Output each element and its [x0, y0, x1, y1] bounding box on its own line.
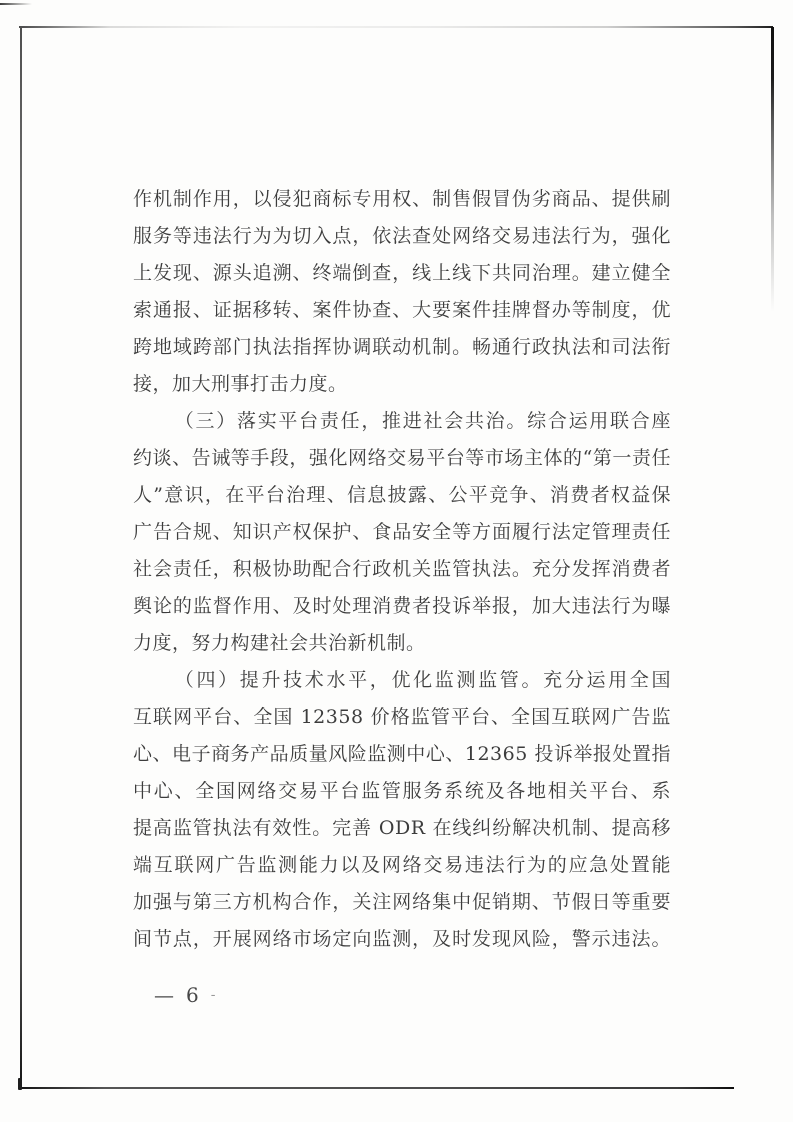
- text-line: 心、电子商务产品质量风险监测中心、12365 投诉举报处置指挥: [133, 736, 671, 773]
- text-line: 互联网平台、全国 12358 价格监管平台、全国互联网广告监测中: [133, 699, 671, 736]
- text-line: 上发现、源头追溯、终端倒查，线上线下共同治理。建立健全线: [133, 255, 671, 292]
- text-line: 加强与第三方机构合作，关注网络集中促销期、节假日等重要时: [133, 884, 671, 921]
- page-border-right: [771, 27, 774, 312]
- text-line: 间节点，开展网络市场定向监测，及时发现风险，警示违法。完: [133, 921, 671, 958]
- page-number-right-dash: -: [211, 987, 218, 1003]
- text-line: 索通报、证据移转、案件协查、大要案件挂牌督办等制度，优化: [133, 292, 671, 329]
- document-body: 作机制作用，以侵犯商标专用权、制售假冒伪劣商品、提供刷单 服务等违法行为为切入点…: [133, 181, 671, 958]
- text-line: （四）提升技术水平，优化监测监管。充分运用全国 12315: [133, 662, 671, 699]
- page-number: —6-: [154, 980, 217, 1010]
- text-line: 服务等违法行为为切入点，依法查处网络交易违法行为，强化网: [133, 218, 671, 255]
- scan-corner-blob: [18, 1078, 22, 1090]
- scan-edge-artifact: [0, 3, 32, 5]
- text-line: 力度，努力构建社会共治新机制。: [133, 625, 671, 662]
- text-line: 提高监管执法有效性。完善 ODR 在线纠纷解决机制、提高移动: [133, 810, 671, 847]
- page-border-left: [20, 26, 22, 1089]
- text-line: 接，加大刑事打击力度。: [133, 366, 671, 403]
- paragraph-1: 作机制作用，以侵犯商标专用权、制售假冒伪劣商品、提供刷单 服务等违法行为为切入点…: [133, 181, 671, 403]
- page-border-bottom: [19, 1087, 734, 1089]
- page-number-left-dash: —: [154, 983, 176, 1007]
- text-line: 端互联网广告监测能力以及网络交易违法行为的应急处置能力。: [133, 847, 671, 884]
- page-border-top: [19, 26, 773, 28]
- text-line: 中心、全国网络交易平台监管服务系统及各地相关平台、系统，: [133, 773, 671, 810]
- text-line: 跨地域跨部门执法指挥协调联动机制。畅通行政执法和司法衔: [133, 329, 671, 366]
- text-line: 约谈、告诫等手段，强化网络交易平台等市场主体的“第一责任: [133, 440, 671, 477]
- text-line: 舆论的监督作用、及时处理消费者投诉举报，加大违法行为曝光: [133, 588, 671, 625]
- text-line: （三）落实平台责任，推进社会共治。综合运用联合座谈、: [133, 403, 671, 440]
- text-line: 作机制作用，以侵犯商标专用权、制售假冒伪劣商品、提供刷单: [133, 181, 671, 218]
- scanned-page: 作机制作用，以侵犯商标专用权、制售假冒伪劣商品、提供刷单 服务等违法行为为切入点…: [0, 0, 793, 1122]
- text-line: 人”意识，在平台治理、信息披露、公平竞争、消费者权益保护、: [133, 477, 671, 514]
- paragraph-2: （三）落实平台责任，推进社会共治。综合运用联合座谈、 约谈、告诫等手段，强化网络…: [133, 403, 671, 662]
- text-line: 社会责任，积极协助配合行政机关监管执法。充分发挥消费者和: [133, 551, 671, 588]
- text-line: 广告合规、知识产权保护、食品安全等方面履行法定管理责任和: [133, 514, 671, 551]
- paragraph-3: （四）提升技术水平，优化监测监管。充分运用全国 12315 互联网平台、全国 1…: [133, 662, 671, 958]
- page-number-value: 6: [176, 983, 211, 1007]
